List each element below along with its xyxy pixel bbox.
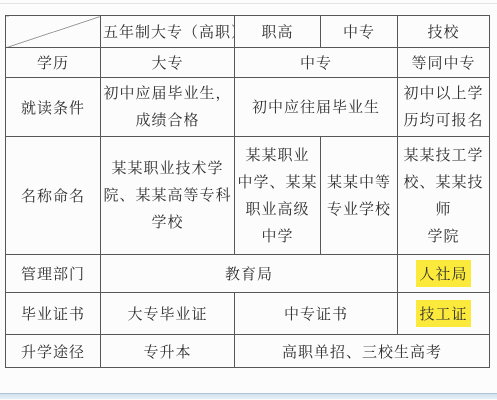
- cell-cert-secondary-diploma: 中专证书: [235, 293, 398, 335]
- bottom-scroll-strip: [0, 393, 497, 399]
- label-naming-convention: 名称命名: [6, 137, 101, 255]
- cell-path-gaozhi-exam: 高职单招、三校生高考: [235, 335, 490, 368]
- cell-path-zhuanshengben: 专升本: [101, 335, 235, 368]
- corner-diagonal-cell: [6, 16, 101, 48]
- cell-admission-technical: 初中以上学 历均可报名: [398, 78, 490, 137]
- row-education-level: 学历 大专 中专 等同中专: [6, 48, 490, 78]
- row-naming-convention: 名称命名 某某职业技术学 院、某某高等专科 学校 某某职业 中学、某某 职业高级…: [6, 137, 490, 255]
- education-comparison-table: 五年制大专（高职） 职高 中专 技校 学历 大专 中专 等同中专 就读条件 初中…: [5, 15, 490, 368]
- page-top-edge-line: [0, 3, 497, 4]
- comparison-table-page: { "page": { "background": "#fcfcfc", "to…: [0, 0, 497, 400]
- highlight-technician-cert: 技工证: [416, 300, 470, 327]
- cell-cert-technician: 技工证: [398, 293, 490, 335]
- cell-dept-human-resources: 人社局: [398, 255, 490, 293]
- row-graduation-certificate: 毕业证书 大专毕业证 中专证书 技工证: [6, 293, 490, 335]
- header-secondary-vocational: 中专: [321, 16, 398, 48]
- cell-level-zhongzhuan: 中专: [235, 48, 398, 78]
- row-further-education-path: 升学途径 专升本 高职单招、三校生高考: [6, 335, 490, 368]
- label-managing-department: 管理部门: [6, 255, 101, 293]
- cell-level-equivalent: 等同中专: [398, 48, 490, 78]
- cell-admission-middle: 初中应往届毕业生: [235, 78, 398, 137]
- highlight-renshebureau: 人社局: [416, 260, 470, 287]
- cell-naming-secondary: 某某中等 专业学校: [321, 137, 398, 255]
- cell-cert-college-diploma: 大专毕业证: [101, 293, 235, 335]
- header-row: 五年制大专（高职） 职高 中专 技校: [6, 16, 490, 48]
- row-managing-department: 管理部门 教育局 人社局: [6, 255, 490, 293]
- header-technical-school: 技校: [398, 16, 490, 48]
- cell-admission-five-year: 初中应届毕业生， 成绩合格: [101, 78, 235, 137]
- header-vocational-high-school: 职高: [235, 16, 321, 48]
- label-education-level: 学历: [6, 48, 101, 78]
- cell-naming-vocational-high: 某某职业 中学、某某 职业高级 中学: [235, 137, 321, 255]
- label-admission-requirements: 就读条件: [6, 78, 101, 137]
- row-admission-requirements: 就读条件 初中应届毕业生， 成绩合格 初中应往届毕业生 初中以上学 历均可报名: [6, 78, 490, 137]
- label-graduation-certificate: 毕业证书: [6, 293, 101, 335]
- header-five-year-college: 五年制大专（高职）: [101, 16, 235, 48]
- cell-level-dazhuan: 大专: [101, 48, 235, 78]
- cell-dept-education-bureau: 教育局: [101, 255, 398, 293]
- cell-naming-technical: 某某技工学 校、某某技师 学院: [398, 137, 490, 255]
- cell-naming-five-year: 某某职业技术学 院、某某高等专科 学校: [101, 137, 235, 255]
- label-further-education-path: 升学途径: [6, 335, 101, 368]
